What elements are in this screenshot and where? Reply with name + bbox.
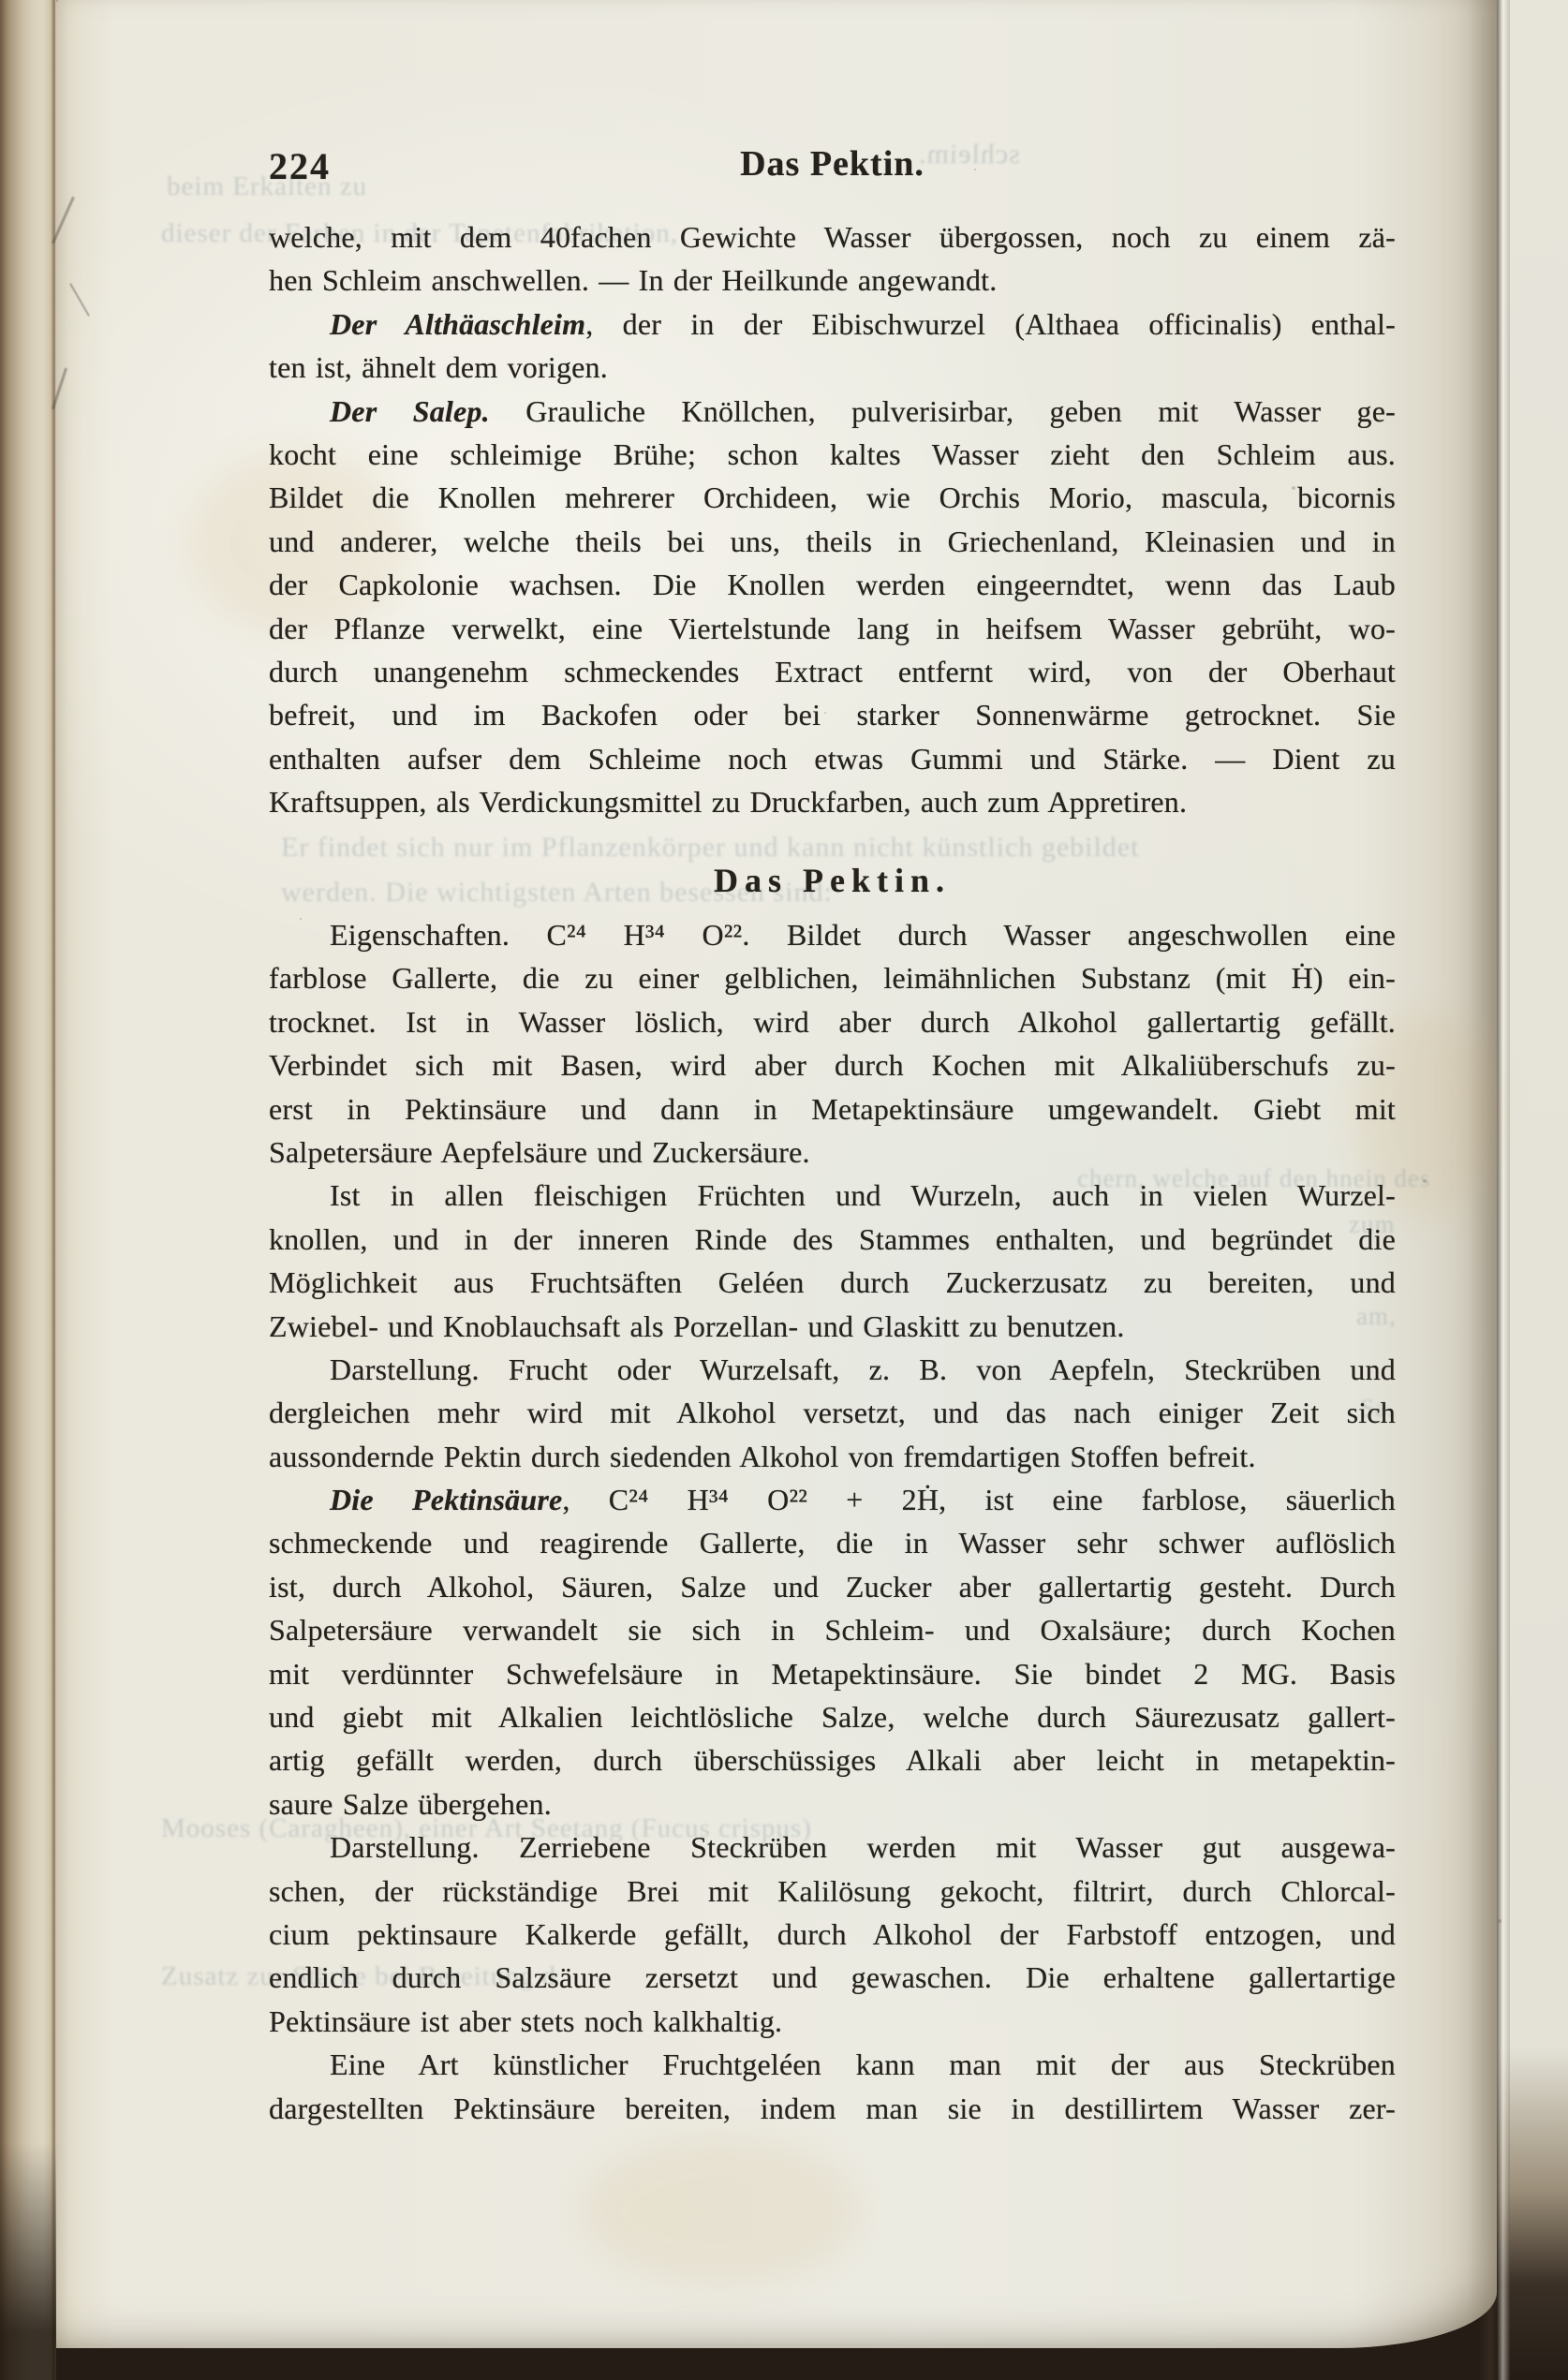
text-line: knollen, und in der inneren Rinde des St… (269, 1218, 1396, 1261)
text-line: erst in Pektinsäure und dann in Metapekt… (269, 1087, 1396, 1131)
text-line: der Capkolonie wachsen. Die Knollen werd… (269, 563, 1396, 606)
text-line: dergleichen mehr wird mit Alkohol verset… (269, 1391, 1396, 1434)
text-line: Der Althäaschleim, der in der Eibischwur… (269, 303, 1396, 346)
printed-text-layer: 224 Das Pektin. welche, mit dem 40fachen… (0, 0, 1568, 2380)
text-line: und giebt mit Alkalien leichtlösliche Sa… (269, 1695, 1396, 1738)
text-line: schen, der rückständige Brei mit Kalilös… (269, 1870, 1396, 1913)
text-line: kocht eine schleimige Brühe; schon kalte… (269, 433, 1396, 476)
text-line: durch unangenehm schmeckendes Extract en… (269, 650, 1396, 693)
text-segment: , der in der Eibischwurzel (Althaea offi… (585, 307, 1396, 341)
text-line: befreit, und im Backofen oder bei starke… (269, 693, 1396, 736)
text-line: aussondernde Pektin durch siedenden Alko… (269, 1435, 1396, 1478)
running-title: Das Pektin. (269, 142, 1396, 185)
text-line: Die Pektinsäure, C²⁴ H³⁴ O²² + 2Ḣ, ist e… (269, 1478, 1396, 1521)
text-line: Darstellung. Frucht oder Wurzelsaft, z. … (269, 1348, 1396, 1391)
text-line: enthalten aufser dem Schleime noch etwas… (269, 737, 1396, 780)
paragraph-block: Eigenschaften. C²⁴ H³⁴ O²². Bildet durch… (269, 913, 1396, 2130)
lead-term: Der Salep. (330, 394, 490, 428)
text-line: Kraftsuppen, als Verdickungsmittel zu Dr… (269, 780, 1396, 823)
text-line: ten ist, ähnelt dem vorigen. (269, 346, 1396, 389)
text-line: welche, mit dem 40fachen Gewichte Wasser… (269, 215, 1396, 259)
lead-term: Die Pektinsäure (330, 1483, 562, 1516)
text-line: endlich durch Salzsäure zersetzt und gew… (269, 1956, 1396, 1999)
text-line: Verbindet sich mit Basen, wird aber durc… (269, 1043, 1396, 1087)
text-line: schmeckende und reagirende Gallerte, die… (269, 1521, 1396, 1564)
text-line: hen Schleim anschwellen. — In der Heilku… (269, 259, 1396, 302)
text-line: Bildet die Knollen mehrerer Orchideen, w… (269, 476, 1396, 519)
text-line: Darstellung. Zerriebene Steckrüben werde… (269, 1826, 1396, 1869)
paragraph-block: welche, mit dem 40fachen Gewichte Wasser… (269, 215, 1396, 823)
text-line: mit verdünnter Schwefelsäure in Metapekt… (269, 1652, 1396, 1695)
text-line: artig gefällt werden, durch überschüssig… (269, 1738, 1396, 1781)
text-line: Eine Art künstlicher Fruchtgeléen kann m… (269, 2043, 1396, 2086)
text-line: trocknet. Ist in Wasser löslich, wird ab… (269, 1000, 1396, 1043)
text-segment: Grauliche Knöllchen, pulverisirbar, gebe… (490, 394, 1396, 428)
text-line: Ist in allen fleischigen Früchten und Wu… (269, 1174, 1396, 1217)
text-line: Zwiebel- und Knoblauchsaft als Porzellan… (269, 1305, 1396, 1348)
text-line: Eigenschaften. C²⁴ H³⁴ O²². Bildet durch… (269, 913, 1396, 956)
text-line: Der Salep. Grauliche Knöllchen, pulveris… (269, 390, 1396, 433)
text-line: der Pflanze verwelkt, eine Viertelstunde… (269, 607, 1396, 650)
text-line: Salpetersäure Aepfelsäure und Zuckersäur… (269, 1131, 1396, 1174)
text-line: Pektinsäure ist aber stets noch kalkhalt… (269, 2000, 1396, 2043)
text-line: dargestellten Pektinsäure bereiten, inde… (269, 2087, 1396, 2130)
lead-term: Der Althäaschleim (330, 307, 585, 341)
text-line: und anderer, welche theils bei uns, thei… (269, 520, 1396, 563)
section-heading: Das Pektin. (269, 859, 1396, 902)
text-line: cium pektinsaure Kalkerde gefällt, durch… (269, 1913, 1396, 1956)
text-line: farblose Gallerte, die zu einer gelblich… (269, 956, 1396, 999)
text-segment: , C²⁴ H³⁴ O²² + 2Ḣ, ist eine farblose, s… (562, 1483, 1396, 1516)
text-line: Salpetersäure verwandelt sie sich in Sch… (269, 1608, 1396, 1651)
text-line: Möglichkeit aus Fruchtsäften Geléen durc… (269, 1261, 1396, 1304)
scanned-book-page: schleim.beim Erkalten zudieser der Farbe… (0, 0, 1568, 2380)
text-line: ist, durch Alkohol, Säuren, Salze und Zu… (269, 1565, 1396, 1608)
text-line: saure Salze übergehen. (269, 1782, 1396, 1826)
